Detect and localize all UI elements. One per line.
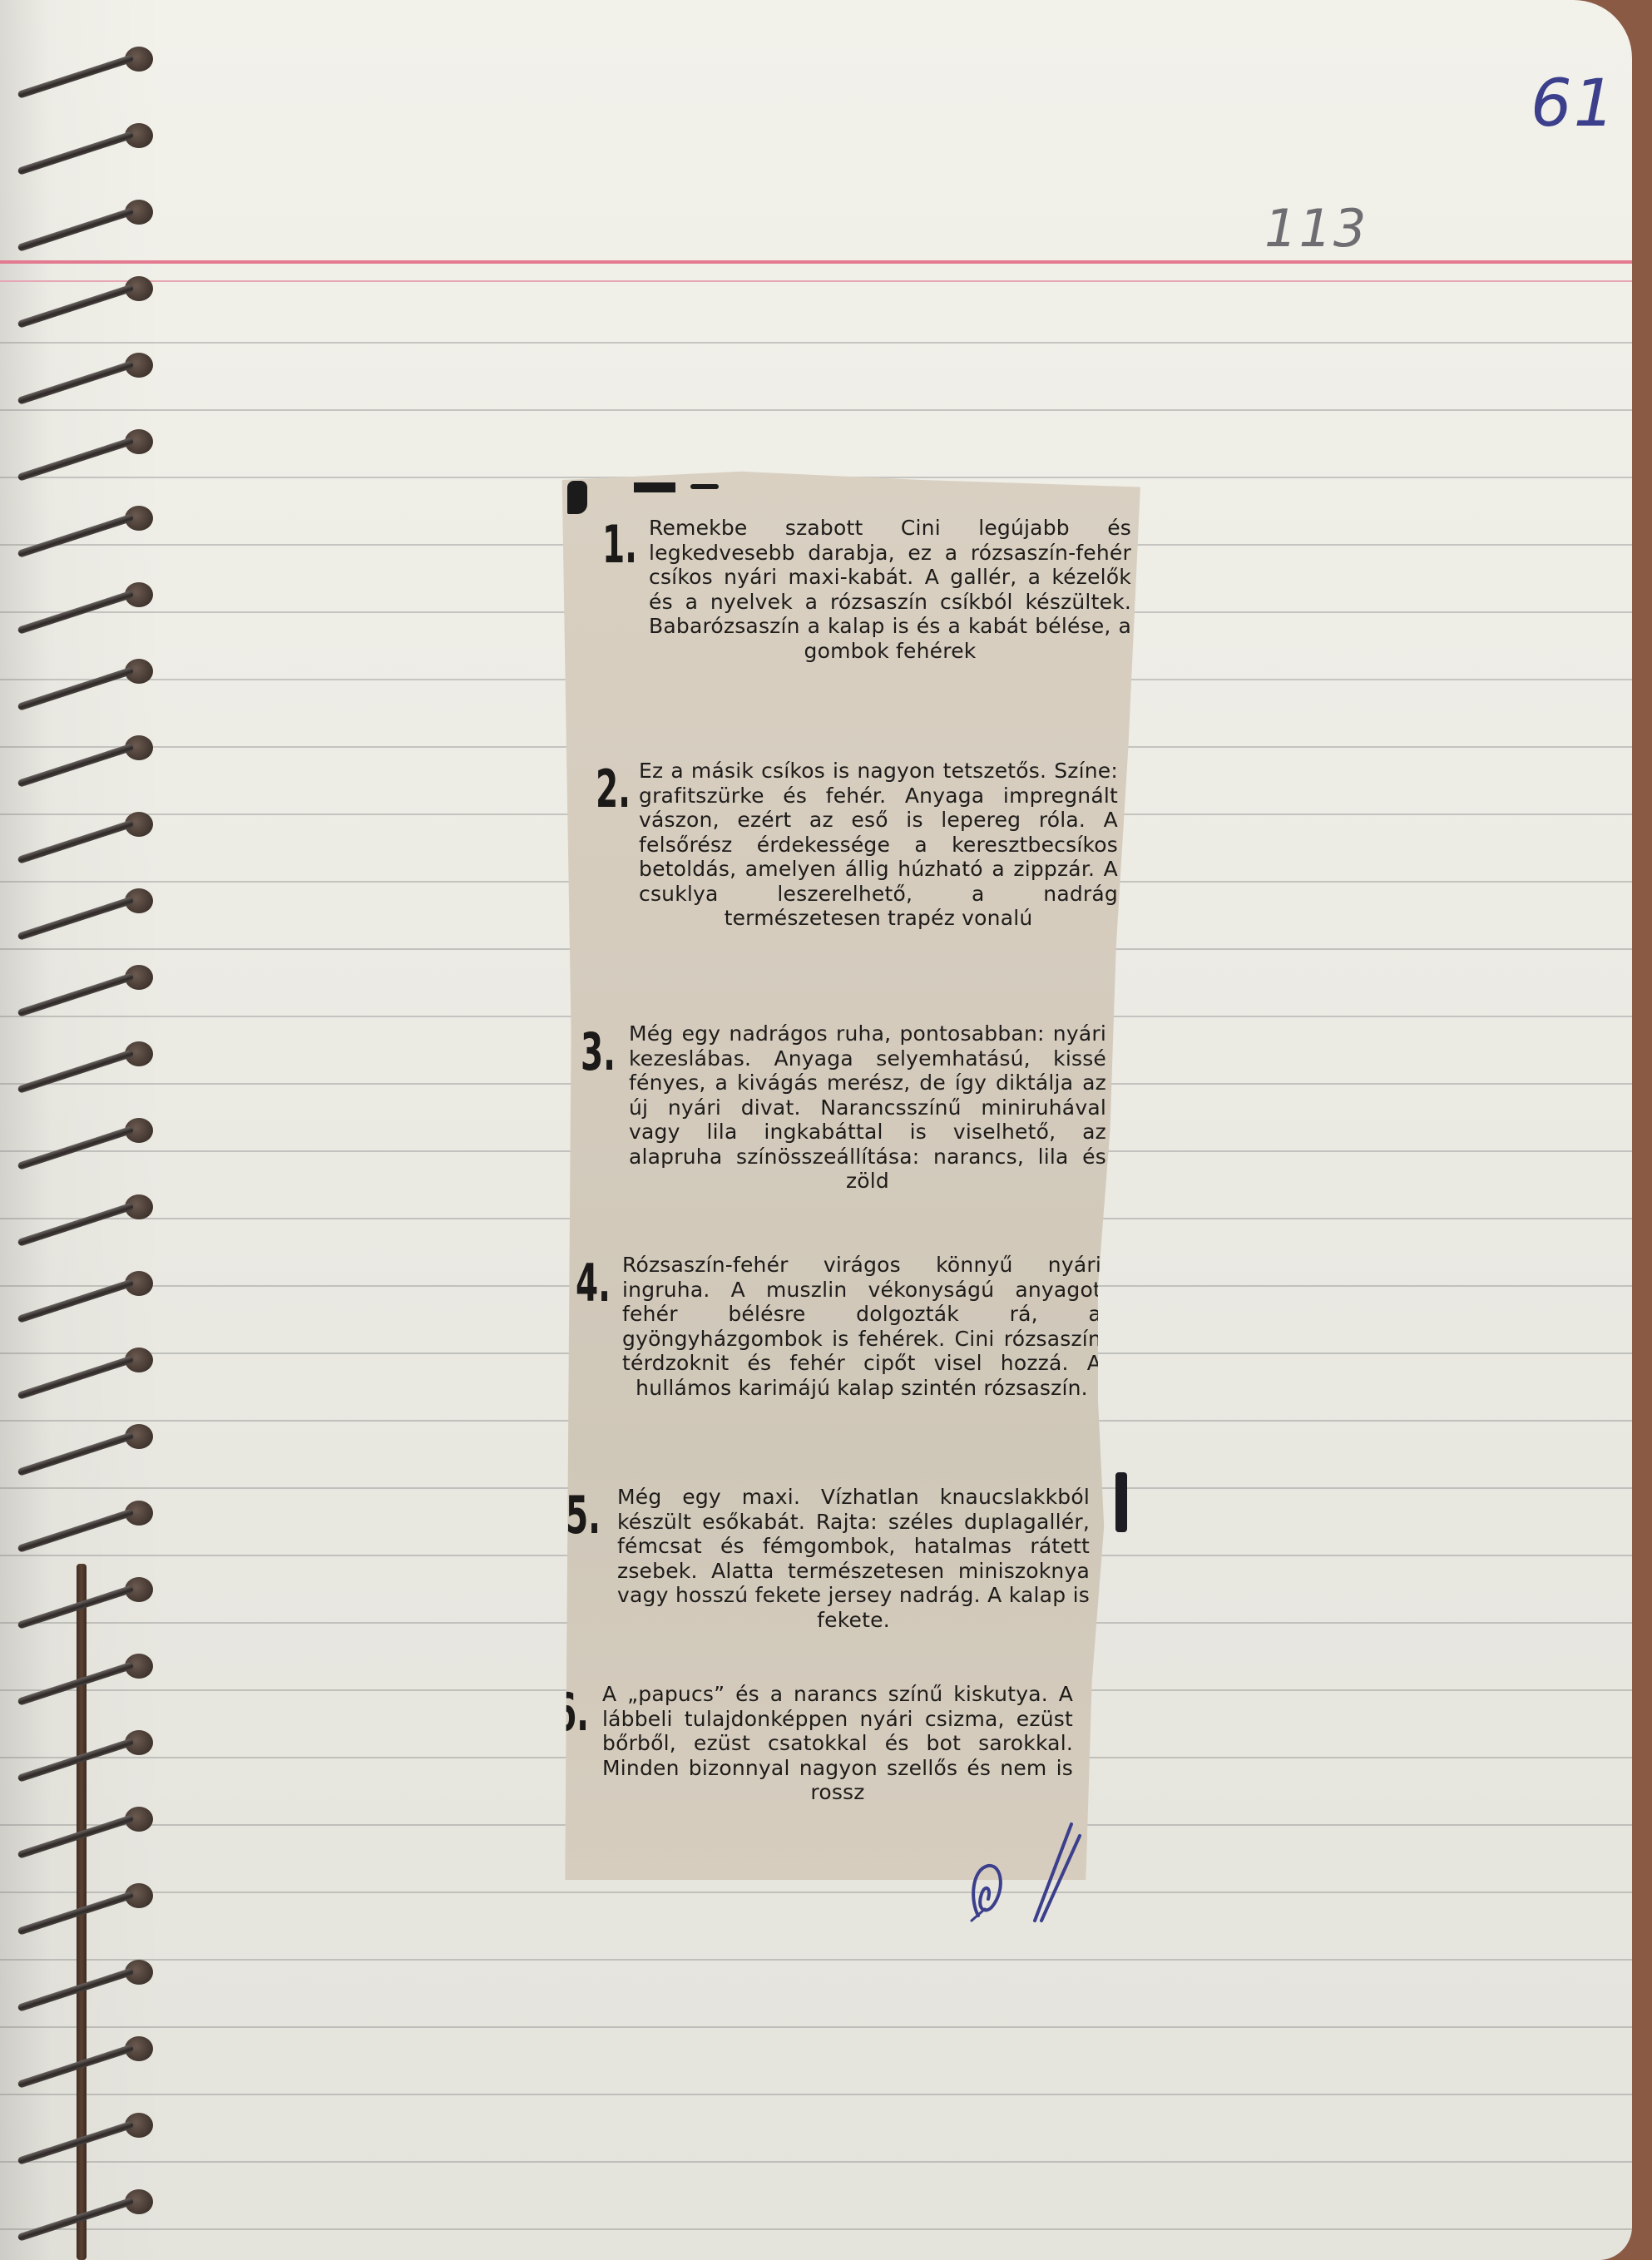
item-number: 4.: [576, 1253, 611, 1313]
ruled-line: [0, 1959, 1632, 1961]
spiral-coil: [17, 360, 135, 404]
spiral-coil: [17, 1508, 135, 1552]
item-number: 2.: [596, 759, 631, 819]
header-glyph-fragment: [634, 482, 675, 492]
spiral-coil: [17, 54, 135, 98]
spiral-coil: [17, 2044, 135, 2088]
ruled-line: [0, 2094, 1632, 2095]
spiral-coil: [17, 1738, 135, 1782]
item-number: 5.: [566, 1485, 601, 1545]
spiral-coil: [17, 1661, 135, 1705]
spiral-coil: [17, 1432, 135, 1476]
ruled-line: [0, 409, 1632, 411]
spiral-coil: [17, 207, 135, 251]
spiral-coil: [17, 666, 135, 710]
margin-line-red: [0, 260, 1632, 264]
ruled-line: [0, 2026, 1632, 2028]
item-text: Remekbe szabott Cini legújabb és legkedv…: [649, 516, 1131, 663]
item-text: Még egy nadrágos ruha, pontosabban: nyár…: [629, 1021, 1106, 1194]
spiral-coil: [17, 284, 135, 328]
ruled-line: [0, 2161, 1632, 2163]
spiral-coil: [17, 1125, 135, 1170]
header-glyph-fragment: [567, 481, 587, 514]
spiral-coil: [17, 819, 135, 863]
ruled-line: [0, 1892, 1632, 1893]
item-text: Még egy maxi. Vízhatlan knaucslakkból ké…: [617, 1485, 1090, 1632]
spiral-coil: [17, 590, 135, 634]
ruled-line: [0, 342, 1632, 344]
item-number: 1.: [602, 514, 637, 575]
spiral-coil: [17, 2120, 135, 2164]
pencil-page-number: 113: [1264, 198, 1368, 259]
adjacent-clipping-glyph-fragment: [1115, 1472, 1127, 1532]
spiral-coil: [17, 1585, 135, 1629]
spiral-coil: [17, 1202, 135, 1246]
margin-line-red-thin: [0, 280, 1632, 282]
newspaper-clipping: 1. Remekbe szabott Cini legújabb és legk…: [559, 466, 1165, 1880]
item-text: A „papucs” és a narancs színű kiskutya. …: [602, 1682, 1073, 1805]
spiral-coil: [17, 743, 135, 787]
spiral-coil: [17, 437, 135, 481]
spiral-coil: [17, 1278, 135, 1323]
item-number: 3.: [581, 1021, 616, 1082]
spiral-coil: [17, 1891, 135, 1935]
spiral-coil: [17, 131, 135, 175]
spiral-coil: [17, 1967, 135, 2011]
spiral-coil: [17, 896, 135, 940]
spiral-coil: [17, 1049, 135, 1093]
spiral-coil: [17, 513, 135, 557]
handwritten-page-number: 61: [1531, 67, 1616, 141]
item-text: Rózsaszín-fehér virágos könnyű nyári ing…: [622, 1253, 1101, 1400]
spiral-coil: [17, 2197, 135, 2241]
header-glyph-fragment: [690, 484, 719, 489]
handwritten-initials: [955, 1817, 1113, 1926]
spiral-binding: [0, 0, 166, 2260]
ruled-line: [0, 2228, 1632, 2230]
spiral-coil: [17, 1355, 135, 1399]
item-text: Ez a másik csíkos is nagyon tetszetős. S…: [639, 759, 1118, 931]
spiral-coil: [17, 972, 135, 1016]
spiral-coil: [17, 1814, 135, 1858]
